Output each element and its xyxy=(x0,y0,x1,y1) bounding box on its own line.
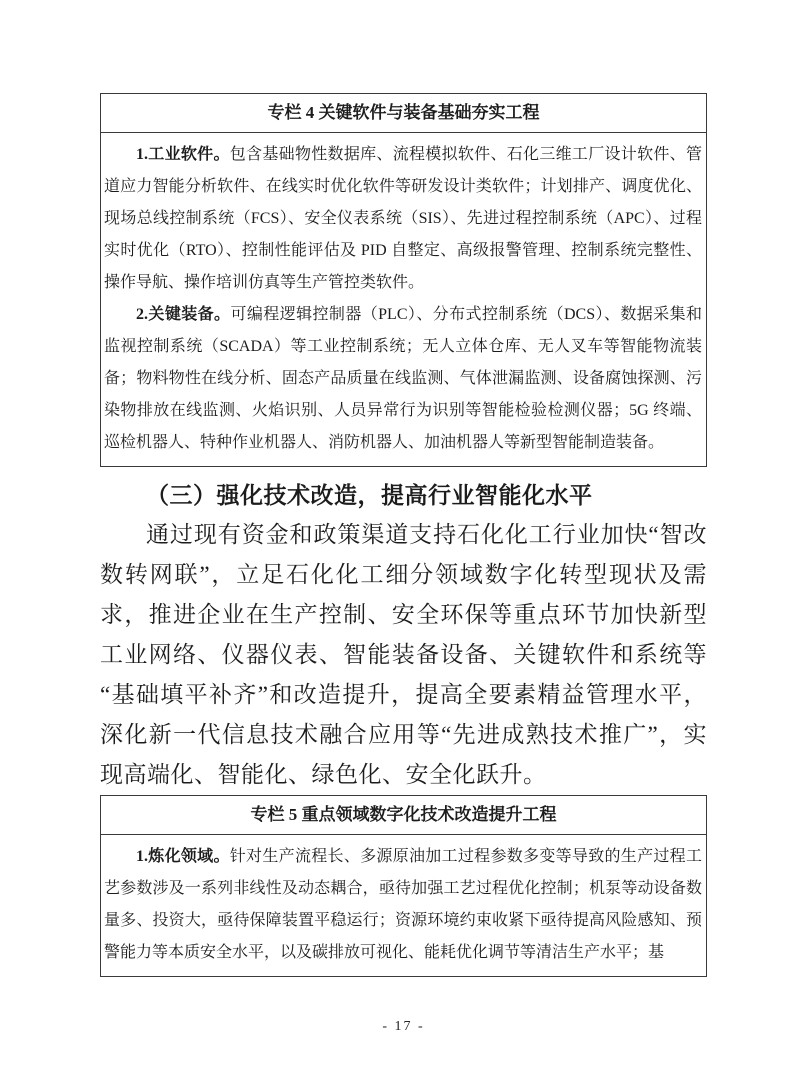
column-box-5: 专栏 5 重点领域数字化技术改造提升工程 1.炼化领域。针对生产流程长、多源原油… xyxy=(100,795,707,977)
box5-paragraph-1-lead: 1.炼化领域。 xyxy=(136,848,230,865)
box4-paragraph-2: 2.关键装备。可编程逻辑控制器（PLC）、分布式控制系统（DCS）、数据采集和监… xyxy=(104,299,702,459)
box4-paragraph-1: 1.工业软件。包含基础物性数据库、流程模拟软件、石化三维工厂设计软件、管道应力智… xyxy=(104,139,702,299)
document-page: 专栏 4 关键软件与装备基础夯实工程 1.工业软件。包含基础物性数据库、流程模拟… xyxy=(0,0,796,1083)
section-heading: （三）强化技术改造，提高行业智能化水平 xyxy=(100,477,707,515)
box4-paragraph-1-lead: 1.工业软件。 xyxy=(136,146,230,163)
box4-paragraph-2-text: 可编程逻辑控制器（PLC）、分布式控制系统（DCS）、数据采集和监视控制系统（S… xyxy=(104,306,702,451)
box5-paragraph-1: 1.炼化领域。针对生产流程长、多源原油加工过程参数多变等导致的生产过程工艺参数涉… xyxy=(104,841,702,969)
column-box-4: 专栏 4 关键软件与装备基础夯实工程 1.工业软件。包含基础物性数据库、流程模拟… xyxy=(100,93,707,467)
box4-paragraph-2-lead: 2.关键装备。 xyxy=(136,306,230,323)
box4-body: 1.工业软件。包含基础物性数据库、流程模拟软件、石化三维工厂设计软件、管道应力智… xyxy=(101,133,706,466)
box4-title: 专栏 4 关键软件与装备基础夯实工程 xyxy=(101,94,706,133)
page-number: - 17 - xyxy=(100,1019,707,1035)
body-paragraph: 通过现有资金和政策渠道支持石化化工行业加快“智改数转网联”，立足石化化工细分领域… xyxy=(100,515,707,795)
box5-title: 专栏 5 重点领域数字化技术改造提升工程 xyxy=(101,796,706,835)
box5-body: 1.炼化领域。针对生产流程长、多源原油加工过程参数多变等导致的生产过程工艺参数涉… xyxy=(101,835,706,976)
box4-paragraph-1-text: 包含基础物性数据库、流程模拟软件、石化三维工厂设计软件、管道应力智能分析软件、在… xyxy=(104,146,702,291)
